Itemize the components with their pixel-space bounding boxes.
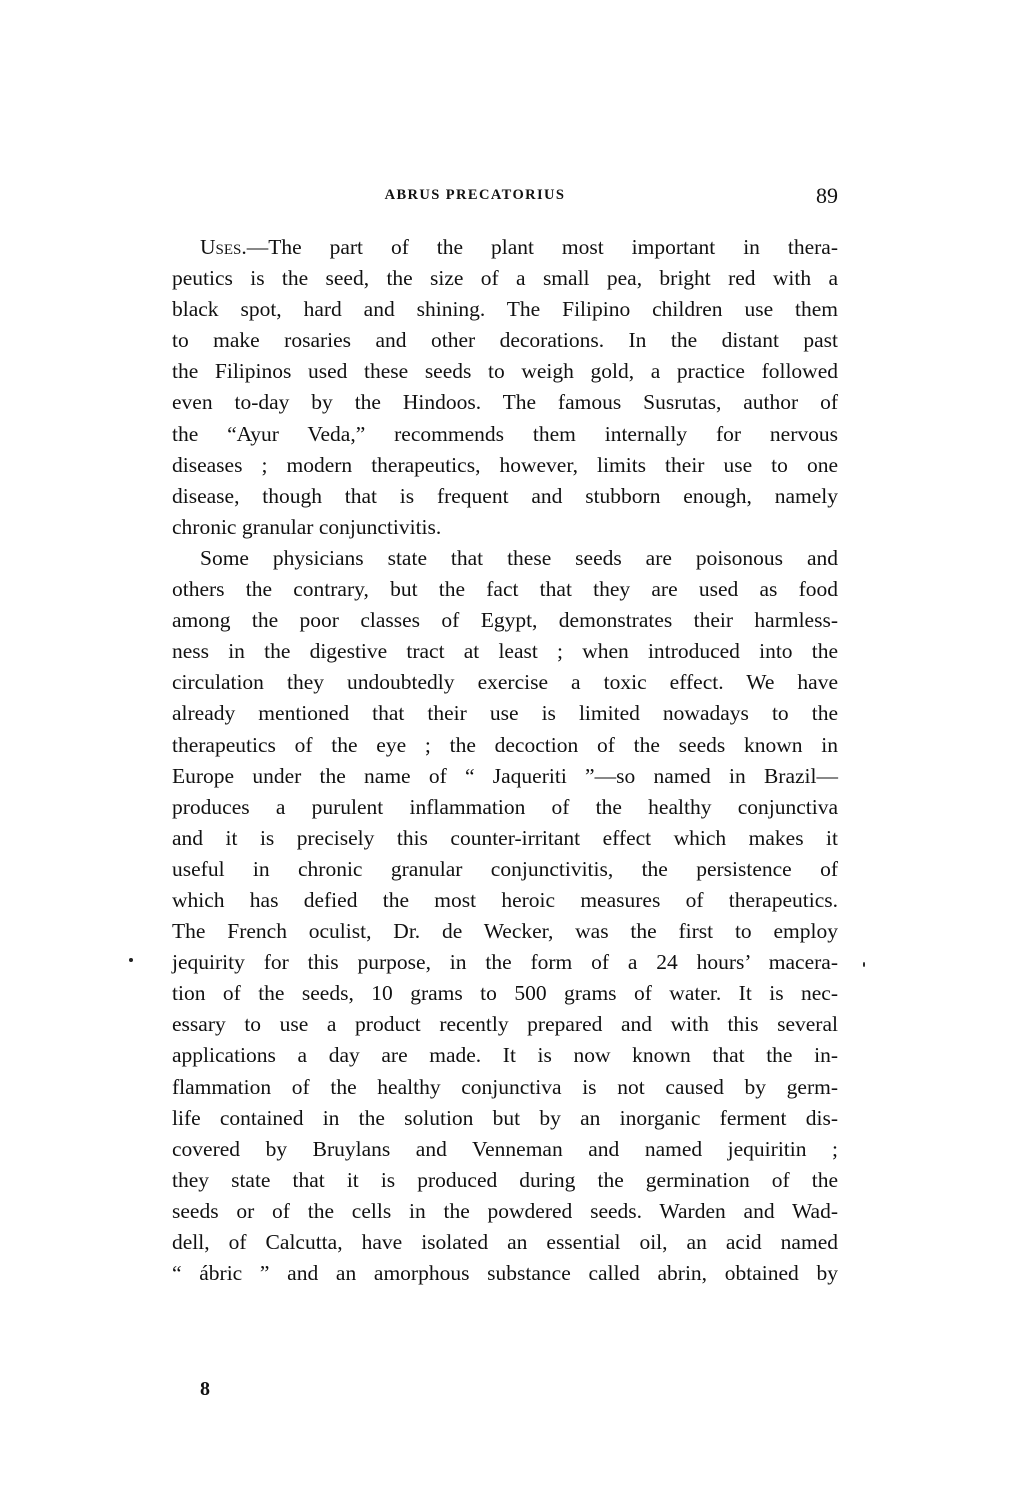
text-line: The French oculist, Dr. de Wecker, was t… (172, 916, 838, 947)
running-header: ABRUS PRECATORIUS 89 (172, 183, 838, 213)
text-line: chronic granular conjunctivitis. (172, 512, 838, 543)
signature-mark: 8 (200, 1378, 210, 1401)
text-line: jequirity for this purpose, in the form … (172, 947, 838, 978)
text-line: even to-day by the Hindoos. The famous S… (172, 387, 838, 418)
text-line: others the contrary, but the fact that t… (172, 574, 838, 605)
text-line: “ ábric ” and an amorphous substance cal… (172, 1258, 838, 1289)
text-line: therapeutics of the eye ; the decoction … (172, 730, 838, 761)
text-line: essary to use a product recently prepare… (172, 1009, 838, 1040)
text-line: and it is precisely this counter-irritan… (172, 823, 838, 854)
book-page: ABRUS PRECATORIUS 89 Uses.—The part of t… (0, 0, 1010, 1506)
text-line: already mentioned that their use is limi… (172, 698, 838, 729)
paragraph-2-line-1: Some physicians state that these seeds a… (172, 543, 838, 574)
text-line: disease, though that is frequent and stu… (172, 481, 838, 512)
text-line: applications a day are made. It is now k… (172, 1040, 838, 1071)
text-line: peutics is the seed, the size of a small… (172, 263, 838, 294)
text-line: useful in chronic granular conjunctiviti… (172, 854, 838, 885)
text-line: the Filipinos used these seeds to weigh … (172, 356, 838, 387)
text-line: ness in the digestive tract at least ; w… (172, 636, 838, 667)
text-line: tion of the seeds, 10 grams to 500 grams… (172, 978, 838, 1009)
page-number: 89 (816, 183, 838, 209)
section-lead: Uses. (200, 235, 247, 259)
text-line: to make rosaries and other decorations. … (172, 325, 838, 356)
paragraph-1-line-1: Uses.—The part of the plant most importa… (172, 232, 838, 263)
text-line: they state that it is produced during th… (172, 1165, 838, 1196)
body-text: Uses.—The part of the plant most importa… (172, 232, 838, 1289)
text-line: life contained in the solution but by an… (172, 1103, 838, 1134)
text-line: produces a purulent inflammation of the … (172, 792, 838, 823)
text-line: circulation they undoubtedly exercise a … (172, 667, 838, 698)
text-line: Europe under the name of “ Jaqueriti ”—s… (172, 761, 838, 792)
running-title: ABRUS PRECATORIUS (142, 187, 808, 204)
text-line: black spot, hard and shining. The Filipi… (172, 294, 838, 325)
scan-speck (863, 962, 865, 967)
text-line: seeds or of the cells in the powdered se… (172, 1196, 838, 1227)
text-line: the “Ayur Veda,” recommends them interna… (172, 419, 838, 450)
text-line: dell, of Calcutta, have isolated an esse… (172, 1227, 838, 1258)
text-line: among the poor classes of Egypt, demonst… (172, 605, 838, 636)
text-line: covered by Bruylans and Venneman and nam… (172, 1134, 838, 1165)
scan-speck (129, 958, 133, 962)
text-line: diseases ; modern therapeutics, however,… (172, 450, 838, 481)
text-line: flammation of the healthy conjunctiva is… (172, 1072, 838, 1103)
text-line: which has defied the most heroic measure… (172, 885, 838, 916)
